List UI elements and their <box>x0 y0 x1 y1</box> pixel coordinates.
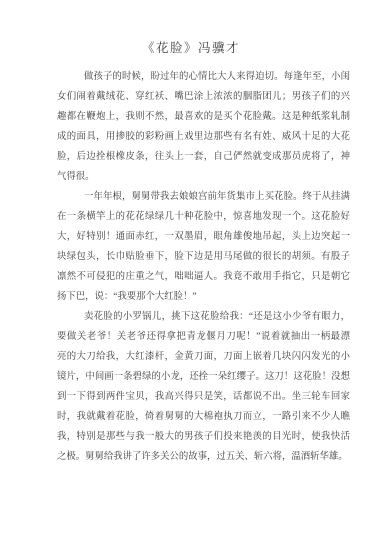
text-line: 扬下巴，说：“我要那个大红脸！” <box>57 287 350 307</box>
document-body: 做孩子的时候，盼过年的心情比大人来得迫切。每逢年至，小闺女们闹着戴绒花、穿红袄、… <box>57 67 350 467</box>
text-line: 一年年根，舅舅带我去娘娘宫前年货集市上买花脸。终于从挂满 <box>57 187 350 207</box>
text-line: 趣都在鞭炮上，我则不然，最喜欢的是买个花脸戴。这是种纸浆轧制 <box>57 107 350 127</box>
text-line: 之极。舅舅给我讲了许多关公的故事，过五关、斩六将，温酒斩华雄。 <box>57 447 350 467</box>
text-line: 气得很。 <box>57 167 350 187</box>
document-title: 《花脸》冯骥才 <box>0 40 382 56</box>
paragraph: 一年年根，舅舅带我去娘娘宫前年货集市上买花脸。终于从挂满在一条横竿上的花花绿绿几… <box>57 187 350 307</box>
text-line: 要做关老爷！关老爷还得拿把青龙偃月刀呢！”说着就抽出一柄最漂 <box>57 327 350 347</box>
text-line: 卖花脸的小罗锅儿，挑下这花脸给我：“还是这小少爷有眼力， <box>57 307 350 327</box>
text-line: 块绿包头，长巾贴脸垂下，脸下边是用马尾做的很长的胡须。有股子 <box>57 247 350 267</box>
text-line: 凛然不可侵犯的庄重之气，咄咄逼人。我竟不敢用手指它，只是朝它 <box>57 267 350 287</box>
document-page: 《花脸》冯骥才 做孩子的时候，盼过年的心情比大人来得迫切。每逢年至，小闺女们闹着… <box>0 0 382 540</box>
text-line: 女们闹着戴绒花、穿红袄、嘴巴涂上浓浓的胭脂团儿；男孩子们的兴 <box>57 87 350 107</box>
text-line: 镜片，中间画一条碧绿的小龙，还拴一朵红缨子。这刀！这花脸！没想 <box>57 367 350 387</box>
text-line: 成的面具，用掺胶的彩粉画上戏里边那些有名有姓、威风十足的大花 <box>57 127 350 147</box>
text-line: 我，特别是那些与我一般大的男孩子们投来艳羡的目光时，使我快活 <box>57 427 350 447</box>
text-line: 在一条横竿上的花花绿绿几十种花脸中，惊喜地发现一个。这花脸好 <box>57 207 350 227</box>
text-line: 到一下得到两件宝贝，我高兴得只是笑，话都说不出。坐三轮车回家 <box>57 387 350 407</box>
text-line: 做孩子的时候，盼过年的心情比大人来得迫切。每逢年至，小闺 <box>57 67 350 87</box>
paragraph: 卖花脸的小罗锅儿，挑下这花脸给我：“还是这小少爷有眼力，要做关老爷！关老爷还得拿… <box>57 307 350 467</box>
text-line: 脸，后边拴根橡皮条，往头上一套，自己俨然就变成那员虎将了，神 <box>57 147 350 167</box>
text-line: 亮的大刀给我，大红漆杆，金黄刀面，刀面上嵌着几块闪闪发光的小 <box>57 347 350 367</box>
paragraph: 做孩子的时候，盼过年的心情比大人来得迫切。每逢年至，小闺女们闹着戴绒花、穿红袄、… <box>57 67 350 187</box>
text-line: 大，好特别！通面赤红，一双墨眉，眼角雄俊地吊起，头上边突起一 <box>57 227 350 247</box>
text-line: 时，我就戴着花脸，倚着舅舅的大棉袍执刀而立，一路引来不少人瞧 <box>57 407 350 427</box>
